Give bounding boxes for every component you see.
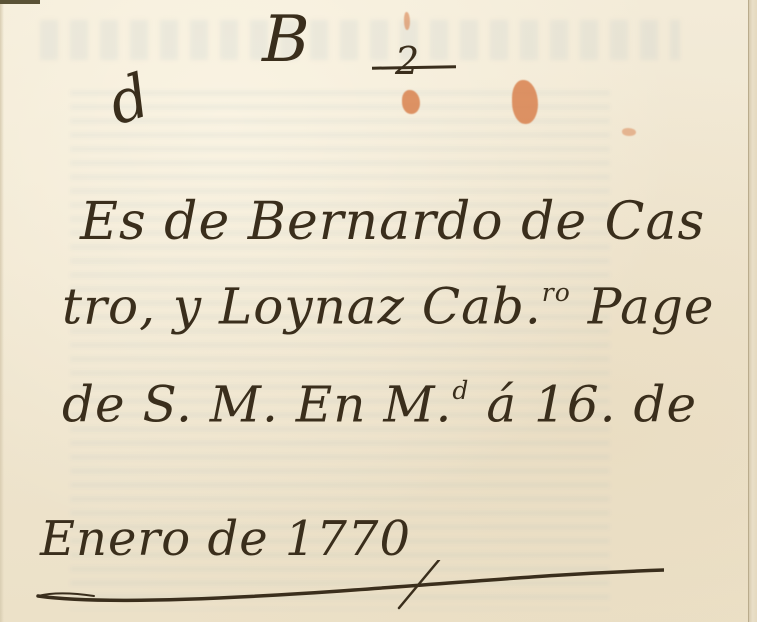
rust-stain-large bbox=[512, 80, 538, 124]
rust-stain-small-top bbox=[404, 12, 410, 30]
page-edge-right bbox=[748, 0, 757, 622]
inscription-line-1: Es de Bernardo de Cas bbox=[80, 196, 705, 248]
inscription-line-3-main: de S. M. En M. bbox=[62, 376, 452, 434]
shelf-mark-letter: B bbox=[255, 8, 316, 72]
inscription-line-3-end: á 16. de bbox=[469, 376, 697, 434]
rust-stain-small bbox=[402, 90, 420, 114]
bleed-through-print-top bbox=[40, 20, 680, 60]
ink-flourish-underline bbox=[34, 560, 664, 610]
inscription-line-2-superscript: ro bbox=[542, 278, 571, 307]
inscription-line-2-main: tro, y Loynaz Cab. bbox=[62, 278, 542, 336]
inscription-line-2-end: Page bbox=[571, 278, 715, 336]
inscription-line-3-superscript: d bbox=[452, 376, 469, 405]
binding-edge-top bbox=[0, 0, 40, 4]
page-edge-left bbox=[0, 0, 4, 622]
inscription-line-3: de S. M. En M.d á 16. de bbox=[62, 378, 697, 430]
book-flyleaf-page: B 2 d Es de Bernardo de Cas tro, y Loyna… bbox=[0, 0, 757, 622]
inscription-line-1-text: Es de Bernardo de Cas bbox=[80, 192, 705, 252]
inscription-line-4-date: Enero de 1770 bbox=[40, 515, 411, 563]
inscription-date-text: Enero de 1770 bbox=[40, 511, 411, 567]
rust-stain-faint bbox=[622, 128, 636, 136]
shelf-mark-number: 2 bbox=[395, 42, 419, 80]
inscription-line-2: tro, y Loynaz Cab.ro Page bbox=[62, 280, 715, 332]
